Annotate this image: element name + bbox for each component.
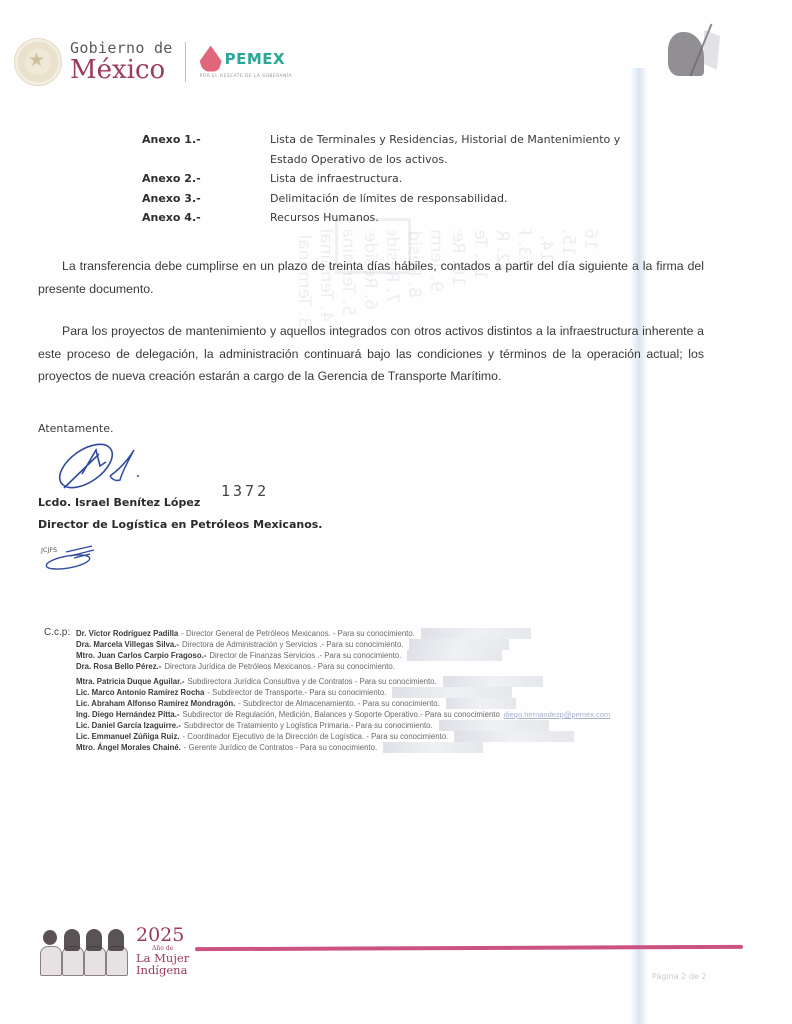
ccp-role: - Gerente Jurídico de Contratos - Para s…: [184, 742, 377, 753]
signer-name: Lcdo. Israel Benítez López: [38, 496, 200, 509]
motto-line2: Indígena: [136, 965, 189, 977]
annex-item: Anexo 1.- Lista de Terminales y Residenc…: [142, 130, 642, 150]
ccp-role: Subdirector de Regulación, Medición, Bal…: [183, 709, 500, 720]
caballero-aguila-stamp-icon: [664, 22, 724, 80]
annex-text: Lista de Terminales y Residencias, Histo…: [270, 130, 620, 150]
gobierno-de-mexico-logo: Gobierno de México: [70, 41, 173, 83]
annex-text: Delimitación de límites de responsabilid…: [270, 189, 507, 209]
ccp-name: Ing. Diego Hernández Pitta.-: [76, 709, 180, 720]
ccp-name: Lic. Daniel García Izaguirre.-: [76, 720, 181, 731]
ccp-name: Lic. Marco Antonio Ramírez Rocha: [76, 687, 204, 698]
page-number: Página 2 de 2: [652, 972, 706, 981]
redaction-block: [443, 676, 543, 687]
ccp-name: Lic. Abraham Alfonso Ramírez Mondragón.: [76, 698, 235, 709]
ccp-role: - Subdirector de Almacenamiento. - Para …: [238, 698, 440, 709]
annex-text: Recursos Humanos.: [270, 208, 379, 228]
pemex-logo: PEMEX Por el rescate de la soberanía: [200, 46, 292, 79]
ccp-recipient: Lic. Emmanuel Zúñiga Ruiz.- Coordinador …: [76, 731, 610, 742]
redaction-block: [409, 639, 509, 650]
footer-divider: [195, 945, 743, 951]
annex-text: Estado Operativo de los activos.: [270, 150, 448, 170]
body-paragraph: Para los proyectos de mantenimiento y aq…: [38, 320, 704, 388]
annex-item: Anexo 2.- Lista de infraestructura.: [142, 169, 642, 189]
bleed-through-line: 15. Residencia de Almacenamiento y Servi…: [558, 230, 578, 256]
ccp-role: Subdirector de Tratamiento y Logística P…: [184, 720, 433, 731]
redaction-block: [421, 628, 531, 639]
redaction-block: [446, 698, 516, 709]
ccp-name: Dra. Marcela Villegas Silva.-: [76, 639, 179, 650]
signer-title: Director de Logística en Petróleos Mexic…: [38, 518, 322, 531]
ccp-recipient: Ing. Diego Hernández Pitta.-Subdirector …: [76, 709, 610, 720]
ccp-recipient: Mtro. Ángel Morales Chainé.- Gerente Jur…: [76, 742, 610, 753]
redaction-block: [407, 650, 502, 661]
annex-label: Anexo 2.-: [142, 169, 270, 189]
gob-line1: Gobierno de: [70, 41, 173, 56]
redaction-block: [439, 720, 549, 731]
ccp-role: Director de Finanzas Servicios .- Para s…: [209, 650, 401, 661]
ccp-recipient: Mtra. Patricia Duque Aguilar.-Subdirecto…: [76, 676, 610, 687]
ccp-name: Mtro. Ángel Morales Chainé.: [76, 742, 181, 753]
ccp-role: Directora de Administración y Servicios …: [182, 639, 403, 650]
ccp-name: Lic. Emmanuel Zúñiga Ruiz.: [76, 731, 180, 742]
pemex-wordmark: PEMEX: [225, 50, 285, 68]
body-paragraph: La transferencia debe cumplirse en un pl…: [38, 255, 704, 300]
annex-label: Anexo 3.-: [142, 189, 270, 209]
ccp-recipient: Mtro. Juan Carlos Carpio Fragoso.-Direct…: [76, 650, 610, 661]
ccp-email-link[interactable]: diego.hernandezp@pemex.com: [504, 709, 610, 720]
ccp-recipient: Lic. Daniel García Izaguirre.-Subdirecto…: [76, 720, 610, 731]
signature-icon: [44, 436, 154, 496]
year-motto: 2025 Año de La Mujer Indígena: [136, 926, 189, 976]
ccp-name: Mtra. Patricia Duque Aguilar.-: [76, 676, 184, 687]
ccp-role: - Director General de Petróleos Mexicano…: [181, 628, 415, 639]
ccp-name: Dr. Víctor Rodríguez Padilla: [76, 628, 178, 639]
ccp-recipient: Dr. Víctor Rodríguez Padilla- Director G…: [76, 628, 610, 639]
folio-number: 1372: [221, 482, 269, 500]
ccp-recipient: Lic. Marco Antonio Ramírez Rocha- Subdir…: [76, 687, 610, 698]
ccp-label: C.c.p:: [44, 627, 70, 638]
pemex-tagline: Por el rescate de la soberanía: [200, 74, 292, 79]
pemex-drop-icon: [200, 46, 222, 72]
letterhead: Gobierno de México PEMEX Por el rescate …: [14, 38, 292, 86]
document-page: 16. Terminal Dos Bocas.15. Residencia de…: [0, 0, 792, 1024]
ccp-name: Dra. Rosa Bello Pérez.-: [76, 661, 161, 672]
bleed-through-line: 16. Terminal Dos Bocas.: [580, 230, 600, 250]
annex-item: Anexo 4.- Recursos Humanos.: [142, 208, 642, 228]
ccp-recipient: Dra. Rosa Bello Pérez.-Directora Jurídic…: [76, 661, 610, 672]
annex-item-continuation: Estado Operativo de los activos.: [142, 150, 642, 170]
year: 2025: [136, 926, 189, 945]
annex-label: Anexo 4.-: [142, 208, 270, 228]
ccp-role: Subdirectora Jurídica Consultiva y de Co…: [187, 676, 436, 687]
ccp-role: - Coordinador Ejecutivo de la Dirección …: [183, 731, 449, 742]
redaction-block: [454, 731, 574, 742]
ccp-role: Directora Jurídica de Petróleos Mexicano…: [164, 661, 395, 672]
annex-item: Anexo 3.- Delimitación de límites de res…: [142, 189, 642, 209]
annex-list: Anexo 1.- Lista de Terminales y Residenc…: [142, 130, 642, 228]
header-divider: [185, 42, 186, 82]
indigenous-women-illustration-icon: [40, 926, 128, 976]
redaction-block: [392, 687, 512, 698]
initials-signature-icon: [44, 540, 100, 572]
ccp-recipient: Dra. Marcela Villegas Silva.-Directora d…: [76, 639, 610, 650]
mexico-coat-of-arms-icon: [14, 38, 62, 86]
closing-text: Atentamente.: [38, 422, 113, 435]
gob-line2: México: [70, 57, 173, 83]
annex-text: Lista de infraestructura.: [270, 169, 402, 189]
ccp-role: - Subdirector de Transporte.- Para su co…: [207, 687, 386, 698]
redaction-block: [383, 742, 483, 753]
annex-label: Anexo 1.-: [142, 130, 270, 150]
ccp-name: Mtro. Juan Carlos Carpio Fragoso.-: [76, 650, 206, 661]
ccp-list: Dr. Víctor Rodríguez Padilla- Director G…: [76, 628, 610, 753]
ccp-recipient: Lic. Abraham Alfonso Ramírez Mondragón.-…: [76, 698, 610, 709]
footer-emblem: 2025 Año de La Mujer Indígena: [40, 926, 189, 976]
